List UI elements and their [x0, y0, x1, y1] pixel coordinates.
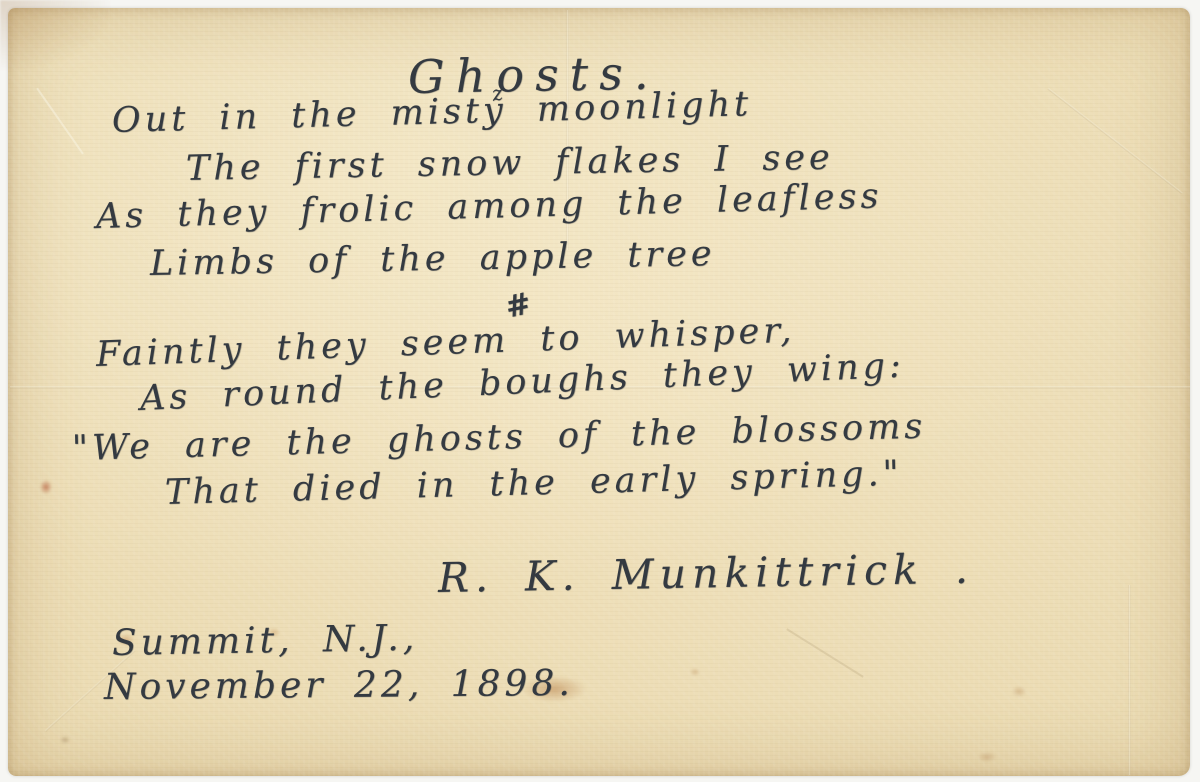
- place-line: Summit, N.J.,: [112, 621, 419, 662]
- author-signature: R. K. Munkittrick .: [438, 549, 975, 599]
- poem-line: Limbs of the apple tree: [150, 237, 716, 282]
- date-line: November 22, 1898.: [104, 666, 574, 706]
- manuscript-photo: Ghosts. z Out in the misty moonlight The…: [0, 0, 1200, 782]
